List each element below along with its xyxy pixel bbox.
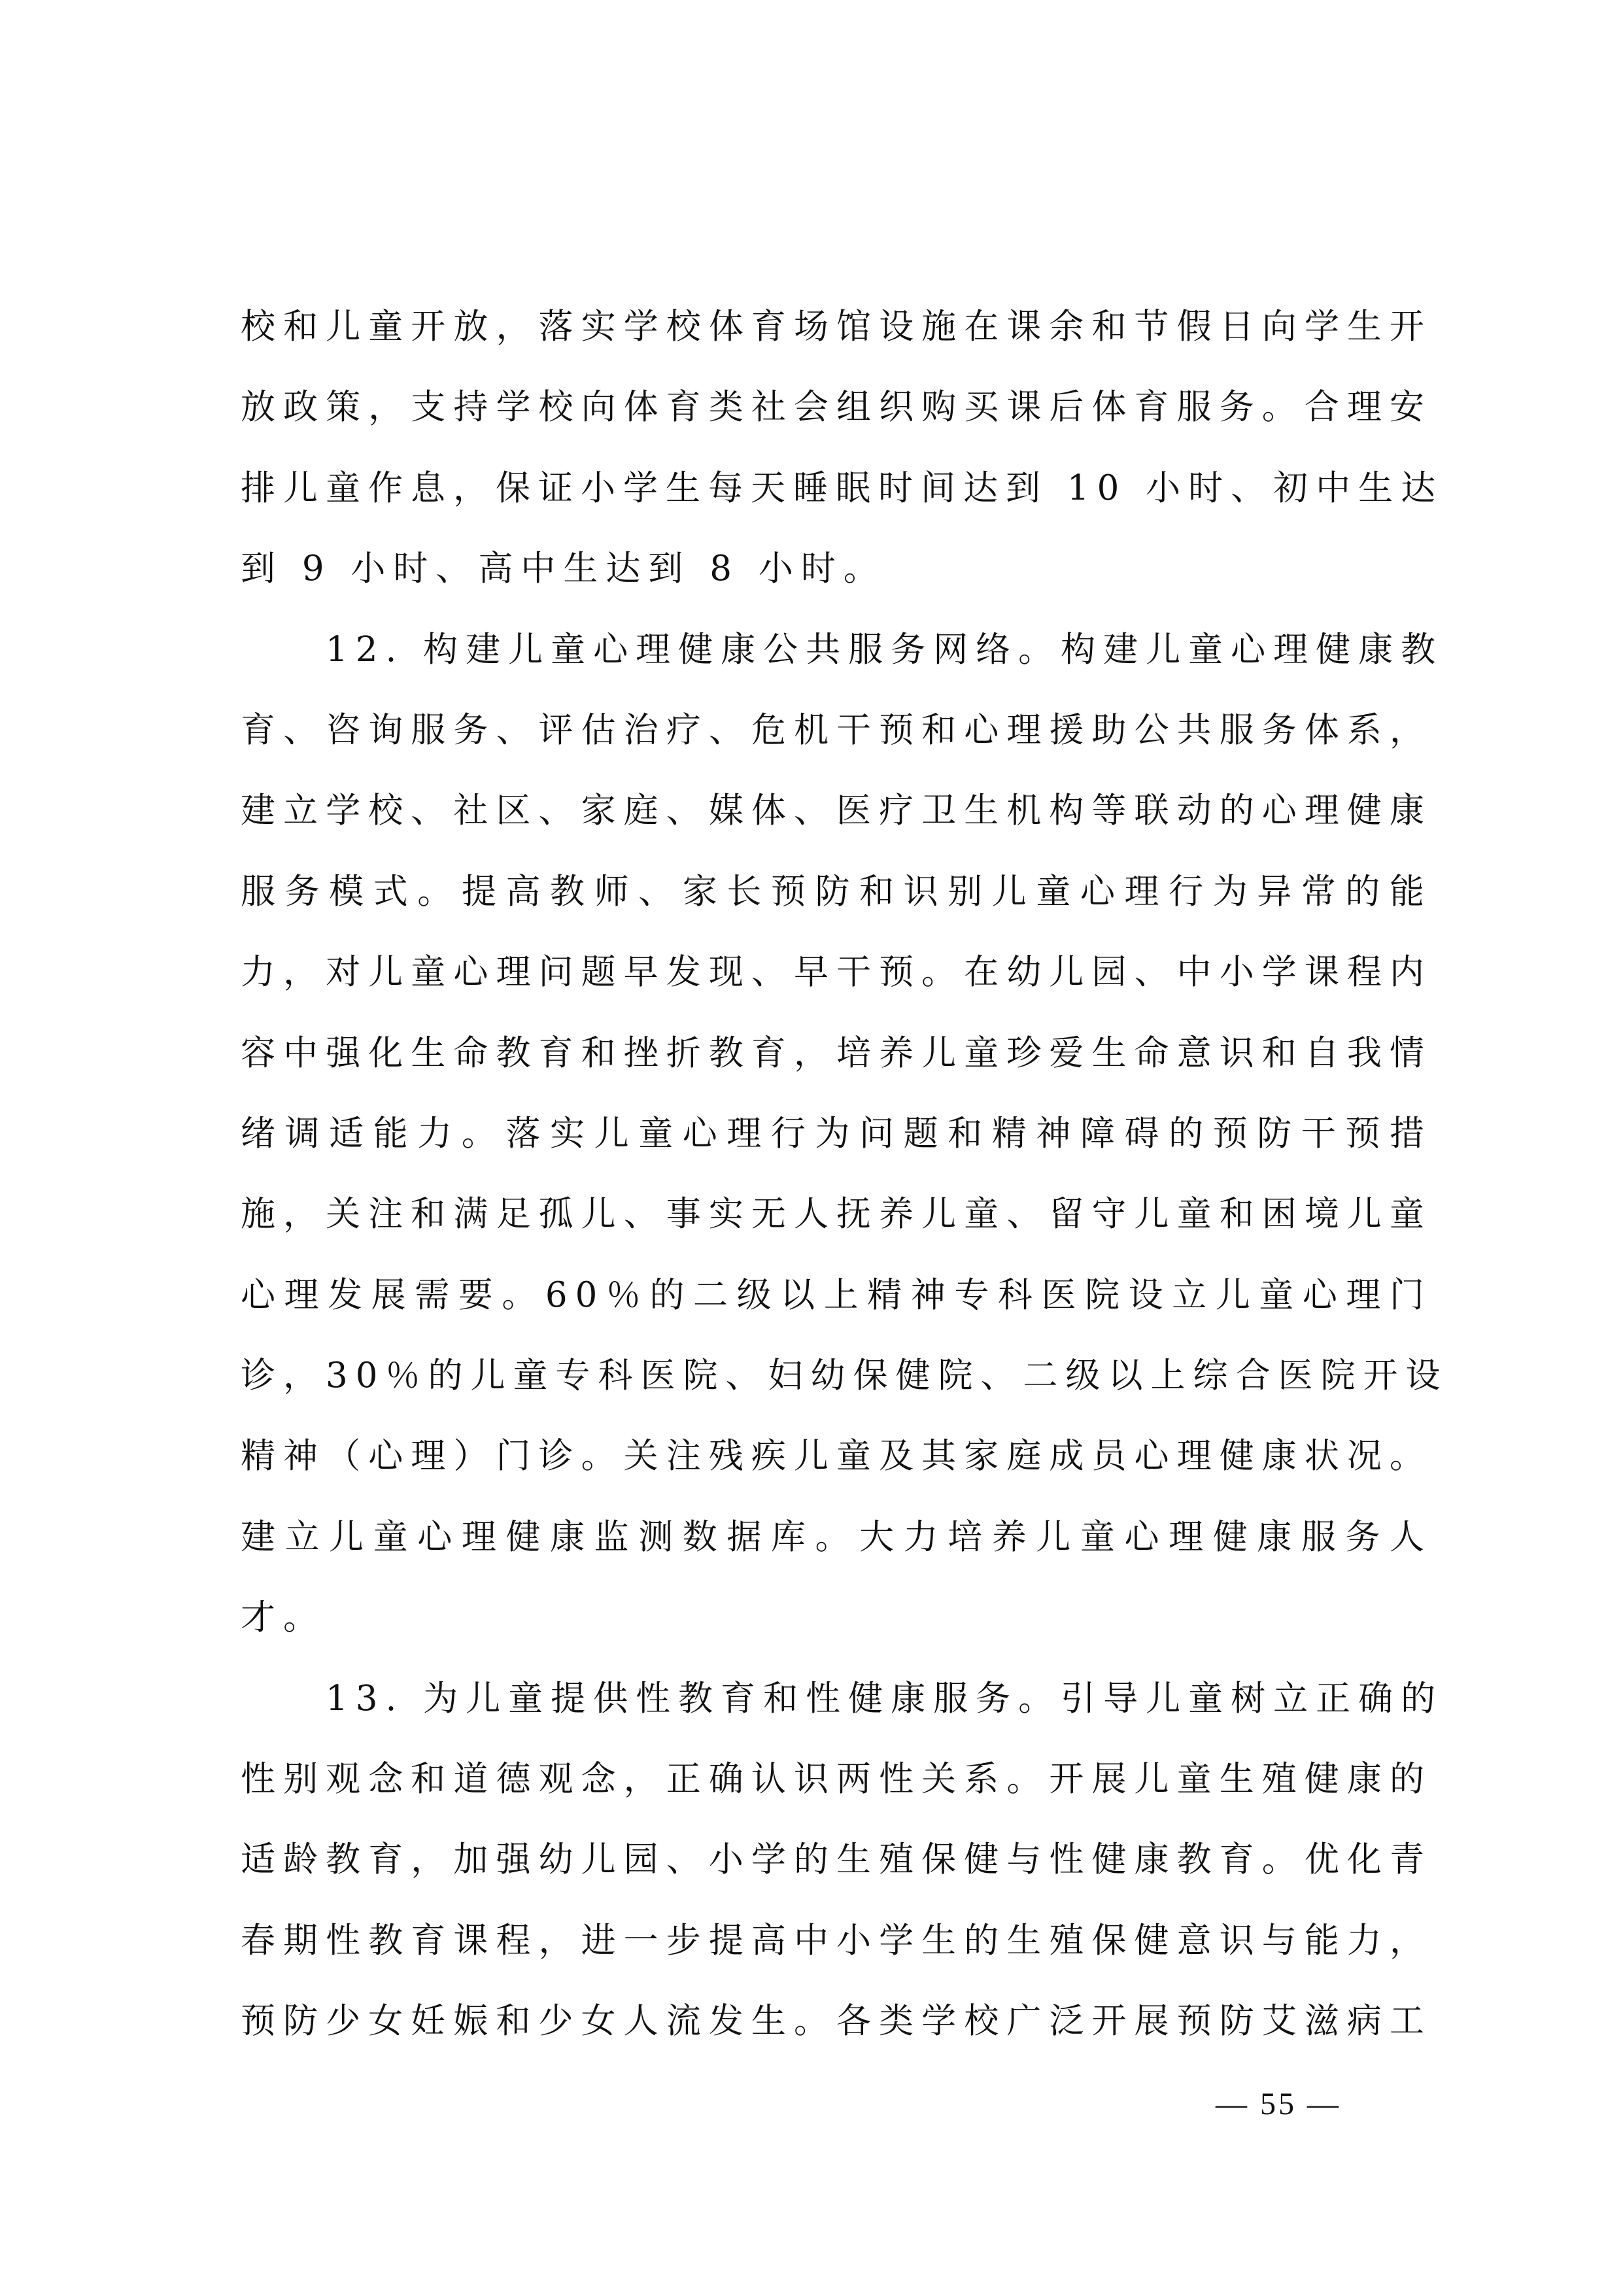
text-line: 绪调适能力。落实儿童心理行为问题和精神障碍的预防干预措 bbox=[241, 1093, 1432, 1174]
body-text: 校和儿童开放，落实学校体育场馆设施在课余和节假日向学生开 放政策，支持学校向体育… bbox=[241, 286, 1432, 2062]
text-line: 春期性教育课程，进一步提高中小学生的生殖保健意识与能力， bbox=[241, 1900, 1432, 1981]
text-line: 预防少女妊娠和少女人流发生。各类学校广泛开展预防艾滋病工 bbox=[241, 1981, 1432, 2061]
text-line: 校和儿童开放，落实学校体育场馆设施在课余和节假日向学生开 bbox=[241, 286, 1432, 367]
text-line: 心理发展需要。60％的二级以上精神专科医院设立儿童心理门 bbox=[241, 1255, 1432, 1335]
text-line: 精神（心理）门诊。关注残疾儿童及其家庭成员心理健康状况。 bbox=[241, 1416, 1432, 1496]
text-line: 到 9 小时、高中生达到 8 小时。 bbox=[241, 528, 1432, 609]
text-line: 12. 构建儿童心理健康公共服务网络。构建儿童心理健康教 bbox=[241, 609, 1432, 690]
text-line: 适龄教育，加强幼儿园、小学的生殖保健与性健康教育。优化青 bbox=[241, 1819, 1432, 1900]
text-line: 排儿童作息，保证小学生每天睡眠时间达到 10 小时、初中生达 bbox=[241, 448, 1432, 528]
paragraph-item-13: 13. 为儿童提供性教育和性健康服务。引导儿童树立正确的 性别观念和道德观念，正… bbox=[241, 1658, 1432, 2062]
paragraph-item-12: 12. 构建儿童心理健康公共服务网络。构建儿童心理健康教 育、咨询服务、评估治疗… bbox=[241, 609, 1432, 1658]
text-line: 13. 为儿童提供性教育和性健康服务。引导儿童树立正确的 bbox=[241, 1658, 1432, 1739]
text-line: 才。 bbox=[241, 1577, 1432, 1658]
text-line: 放政策，支持学校向体育类社会组织购买课后体育服务。合理安 bbox=[241, 367, 1432, 447]
text-line: 育、咨询服务、评估治疗、危机干预和心理援助公共服务体系， bbox=[241, 690, 1432, 770]
text-line: 容中强化生命教育和挫折教育，培养儿童珍爱生命意识和自我情 bbox=[241, 1013, 1432, 1093]
page-number: — 55 — bbox=[1190, 2086, 1367, 2122]
text-line: 建立儿童心理健康监测数据库。大力培养儿童心理健康服务人 bbox=[241, 1497, 1432, 1577]
paragraph-continuation: 校和儿童开放，落实学校体育场馆设施在课余和节假日向学生开 放政策，支持学校向体育… bbox=[241, 286, 1432, 609]
text-line: 诊，30％的儿童专科医院、妇幼保健院、二级以上综合医院开设 bbox=[241, 1335, 1432, 1416]
text-line: 施，关注和满足孤儿、事实无人抚养儿童、留守儿童和困境儿童 bbox=[241, 1174, 1432, 1254]
text-line: 服务模式。提高教师、家长预防和识别儿童心理行为异常的能 bbox=[241, 851, 1432, 932]
text-line: 建立学校、社区、家庭、媒体、医疗卫生机构等联动的心理健康 bbox=[241, 770, 1432, 851]
text-line: 性别观念和道德观念，正确认识两性关系。开展儿童生殖健康的 bbox=[241, 1739, 1432, 1819]
text-line: 力，对儿童心理问题早发现、早干预。在幼儿园、中小学课程内 bbox=[241, 932, 1432, 1012]
document-page: 校和儿童开放，落实学校体育场馆设施在课余和节假日向学生开 放政策，支持学校向体育… bbox=[0, 0, 1623, 2296]
